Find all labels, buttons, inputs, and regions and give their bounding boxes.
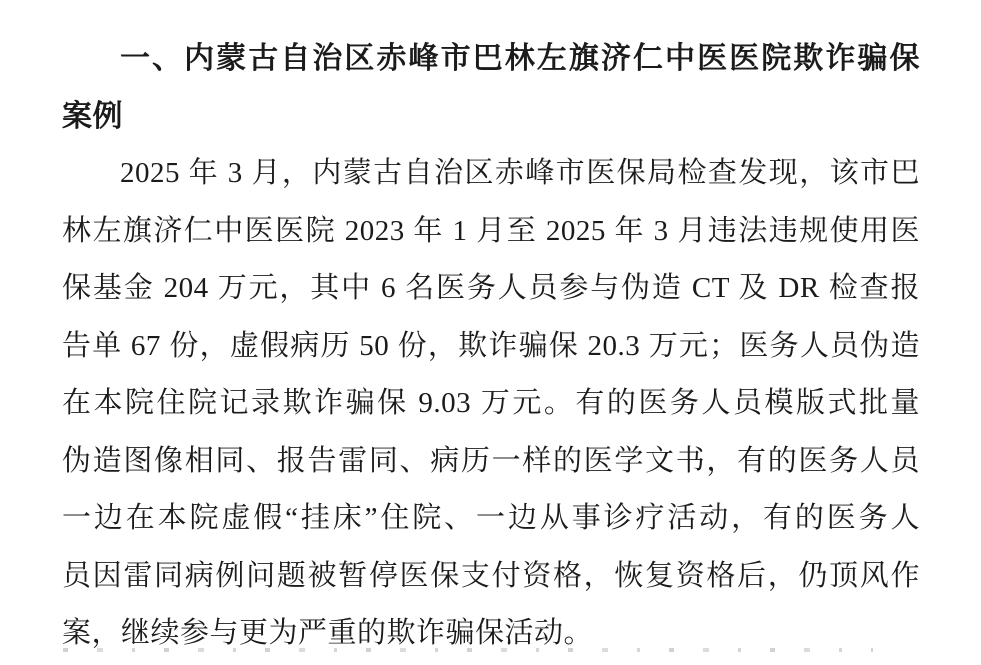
paragraph-line: 告单 67 份，虚假病历 50 份，欺诈骗保 20.3 万元；医务人员伪造 xyxy=(62,318,920,376)
heading-line: 一、内蒙古自治区赤峰市巴林左旗济仁中医医院欺诈骗保 xyxy=(62,30,920,88)
heading-line: 案例 xyxy=(62,88,920,146)
paragraph-line: 在本院住院记录欺诈骗保 9.03 万元。有的医务人员模版式批量 xyxy=(62,375,920,433)
paragraph-line: 保基金 204 万元，其中 6 名医务人员参与伪造 CT 及 DR 检查报 xyxy=(62,260,920,318)
paragraph-line: 案，继续参与更为严重的欺诈骗保活动。 xyxy=(62,605,920,663)
paragraph-line: 员因雷同病例问题被暂停医保支付资格，恢复资格后，仍顶风作 xyxy=(62,548,920,606)
paragraph-line: 一边在本院虚假“挂床”住院、一边从事诊疗活动，有的医务人 xyxy=(62,490,920,548)
paragraph-line: 伪造图像相同、报告雷同、病历一样的医学文书，有的医务人员 xyxy=(62,433,920,491)
document-page: 一、内蒙古自治区赤峰市巴林左旗济仁中医医院欺诈骗保 案例 2025 年 3 月，… xyxy=(0,0,981,665)
case-paragraph: 2025 年 3 月，内蒙古自治区赤峰市医保局检查发现，该市巴 林左旗济仁中医医… xyxy=(62,145,920,663)
case-heading: 一、内蒙古自治区赤峰市巴林左旗济仁中医医院欺诈骗保 案例 xyxy=(62,30,920,145)
paragraph-line: 2025 年 3 月，内蒙古自治区赤峰市医保局检查发现，该市巴 xyxy=(62,145,920,203)
next-line-cutoff xyxy=(63,648,873,652)
paragraph-line: 林左旗济仁中医医院 2023 年 1 月至 2025 年 3 月违法违规使用医 xyxy=(62,203,920,261)
